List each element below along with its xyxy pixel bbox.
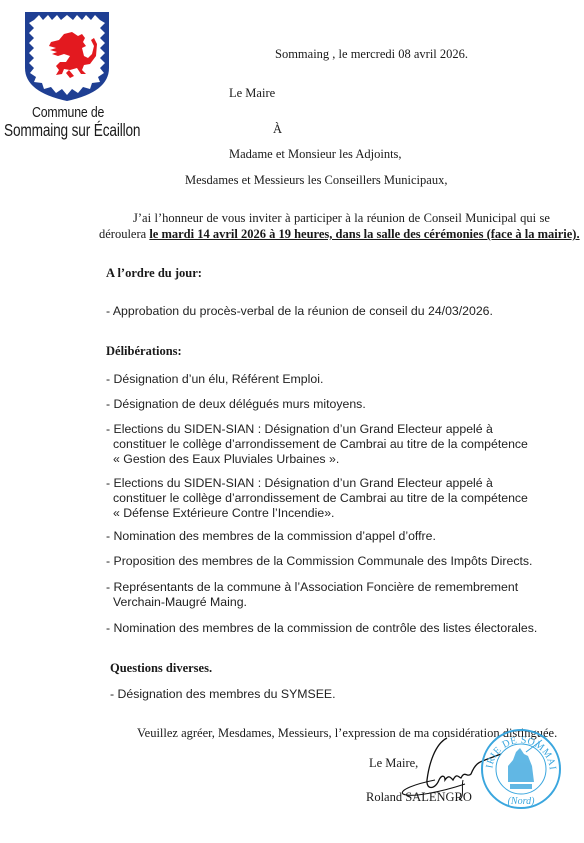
invitation-word: de [408,211,420,226]
invitation-line-1: J’ail’honneurdevousinviteràparticiperàla… [133,211,550,226]
deliberation-line: - Elections du SIDEN-SIAN : Désignation … [106,476,528,491]
deliberation-item: - Désignation de deux délégués murs mito… [106,397,366,412]
deliberation-line: « Gestion des Eaux Pluviales Urbaines ». [106,452,528,467]
invitation-word: qui [520,211,536,226]
ordre-item: - Approbation du procès-verbal de la réu… [106,304,493,319]
deliberation-line: - Elections du SIDEN-SIAN : Désignation … [106,422,528,437]
invitation-word: l’honneur [155,211,204,226]
invitation-prefix: déroulera [99,227,146,241]
recipient-adjoints: Madame et Monsieur les Adjoints, [229,147,402,162]
svg-text:(Nord): (Nord) [508,796,536,807]
deliberations-heading: Délibérations: [106,344,182,359]
deliberation-item: - Désignation d’un élu, Référent Emploi. [106,372,323,387]
invitation-line-2: déroulera le mardi 14 avril 2026 à 19 he… [99,227,580,242]
invitation-word: Municipal [465,211,516,226]
deliberation-line: - Désignation d’un élu, Référent Emploi. [106,372,323,387]
deliberation-item: - Nomination des membres de la commissio… [106,621,537,636]
invitation-word: se [540,211,550,226]
mairie-stamp-icon: MAIRIE DE SOMMAING (Nord) [480,728,562,810]
recipient-conseillers: Mesdames et Messieurs les Conseillers Mu… [185,173,447,188]
invitation-word: participer [294,211,342,226]
coat-of-arms-icon [22,10,112,102]
sender-line: Le Maire [229,86,275,101]
date-line: Sommaing , le mercredi 08 avril 2026. [275,47,468,62]
meeting-date-place: le mardi 14 avril 2026 à 19 heures, dans… [149,227,579,241]
deliberation-line: constituer le collège d’arrondissement d… [106,491,528,506]
deliberation-item: - Elections du SIDEN-SIAN : Désignation … [106,476,528,521]
invitation-word: à [285,211,291,226]
deliberation-line: - Désignation de deux délégués murs mito… [106,397,366,412]
deliberation-line: « Défense Extérieure Contre l’Incendie». [106,506,528,521]
deliberation-line: - Nomination des membres de la commissio… [106,621,537,636]
to-line: À [273,122,282,137]
deliberation-item: - Représentants de la commune à l’Associ… [106,580,518,610]
invitation-word: vous [222,211,246,226]
deliberation-line: - Représentants de la commune à l’Associ… [106,580,518,595]
ordre-du-jour-heading: A l’ordre du jour: [106,266,202,281]
deliberation-item: - Nomination des membres de la commissio… [106,529,436,544]
deliberation-line: - Nomination des membres de la commissio… [106,529,436,544]
deliberation-line: Verchain-Maugré Maing. [106,595,518,610]
deliberation-line: - Proposition des membres de la Commissi… [106,554,532,569]
commune-name-line1: Commune de [32,104,104,121]
deliberation-item: - Proposition des membres de la Commissi… [106,554,532,569]
invitation-word: réunion [367,211,405,226]
deliberation-line: constituer le collège d’arrondissement d… [106,437,528,452]
invitation-word: à [345,211,351,226]
invitation-word: la [354,211,363,226]
commune-name-line2: Sommaing sur Écaillon [4,120,140,141]
questions-diverses-heading: Questions diverses. [110,661,212,676]
questions-item: - Désignation des membres du SYMSEE. [110,687,336,702]
invitation-word: de [207,211,219,226]
deliberation-item: - Elections du SIDEN-SIAN : Désignation … [106,422,528,467]
invitation-word: Conseil [424,211,462,226]
invitation-word: J’ai [133,211,151,226]
invitation-word: inviter [249,211,282,226]
